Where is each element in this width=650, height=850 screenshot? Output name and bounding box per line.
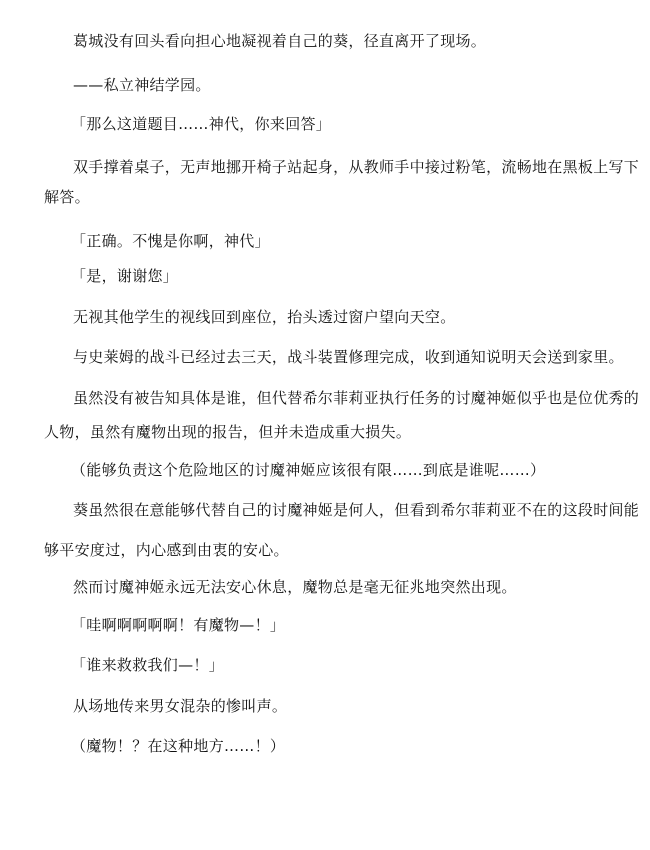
paragraph-line: 与史莱姆的战斗已经过去三天，战斗装置修理完成，收到通知说明天会送到家里。 bbox=[73, 347, 624, 367]
dialogue-line: 「正确。不愧是你啊，神代」 bbox=[71, 231, 270, 251]
paragraph-line: 解答。 bbox=[44, 187, 90, 207]
paragraph-line: 从场地传来男女混杂的惨叫声。 bbox=[73, 696, 287, 716]
paragraph-line: 然而讨魔神姬永远无法安心休息，魔物总是毫无征兆地突然出现。 bbox=[73, 577, 517, 597]
paragraph-line: 双手撑着桌子，无声地挪开椅子站起身，从教师手中接过粉笔，流畅地在黑板上写下 bbox=[73, 157, 639, 177]
dialogue-line: 「那么这道题目……神代，你来回答」 bbox=[71, 114, 331, 134]
paragraph-line: 人物，虽然有魔物出现的报告，但并未造成重大损失。 bbox=[44, 422, 411, 442]
dialogue-line: 「谁来救救我们—！」 bbox=[71, 655, 224, 675]
paragraph-line: 虽然没有被告知具体是谁，但代替希尔菲莉亚执行任务的讨魔神姬似乎也是位优秀的 bbox=[73, 388, 639, 408]
paragraph-line: ——私立神结学园。 bbox=[73, 75, 211, 95]
thought-line: （能够负责这个危险地区的讨魔神姬应该很有限……到底是谁呢……） bbox=[71, 460, 545, 480]
paragraph-line: 无视其他学生的视线回到座位，抬头透过窗户望向天空。 bbox=[73, 307, 456, 327]
dialogue-line: 「是，谢谢您」 bbox=[71, 266, 178, 286]
dialogue-line: 「哇啊啊啊啊啊！有魔物—！」 bbox=[71, 615, 285, 635]
paragraph-line: 葛城没有回头看向担心地凝视着自己的葵，径直离开了现场。 bbox=[73, 31, 486, 51]
paragraph-line: 葵虽然很在意能够代替自己的讨魔神姬是何人，但看到希尔菲莉亚不在的这段时间能 bbox=[73, 500, 639, 520]
thought-line: （魔物！？在这种地方……！） bbox=[71, 736, 285, 756]
paragraph-line: 够平安度过，内心感到由衷的安心。 bbox=[44, 540, 289, 560]
